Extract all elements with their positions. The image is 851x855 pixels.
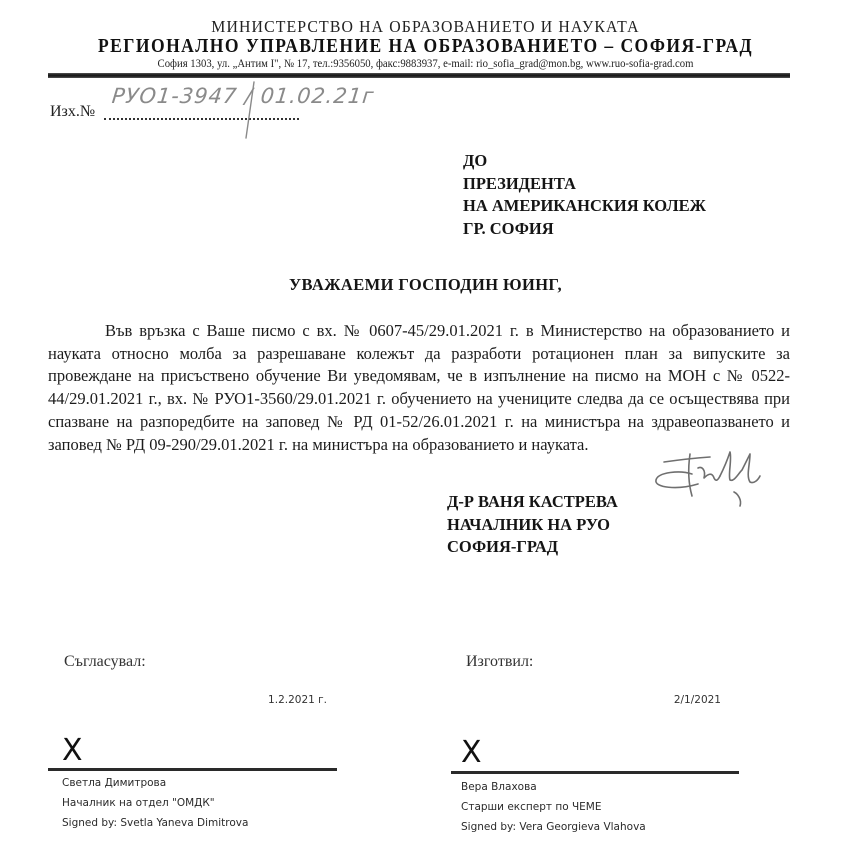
letterhead-address: София 1303, ул. „Антим I", № 17, тел.:93… [30,58,821,70]
handwritten-slash-stroke-icon [240,80,260,140]
agreed-signature-mark[interactable]: X [62,736,83,766]
agreed-signer-position: Началник на отдел "ОМДК" [62,793,248,813]
letterhead-regional-office: РЕГИОНАЛНО УПРАВЛЕНИЕ НА ОБРАЗОВАНИЕТО –… [43,36,809,58]
addressee-line: НА АМЕРИКАНСКИЯ КОЛЕЖ [463,195,706,218]
prepared-signed-by: Signed by: Vera Georgieva Vlahova [461,817,646,837]
agreed-signature-line [48,768,337,771]
greeting: УВАЖАЕМИ ГОСПОДИН ЮИНГ, [0,275,851,295]
agreed-date: 1.2.2021 г. [127,694,327,706]
addressee-line: ДО [463,150,706,173]
signer-position: НАЧАЛНИК НА РУО [447,514,618,537]
prepared-signer-info: Вера Влахова Старши експерт по ЧЕМЕ Sign… [461,777,646,837]
prepared-signer-name: Вера Влахова [461,777,646,797]
agreed-signed-by: Signed by: Svetla Yaneva Dimitrova [62,813,248,833]
prepared-date: 2/1/2021 [521,694,721,706]
letter-body: Във връзка с Ваше писмо с вх. № 0607-45/… [48,320,790,456]
agreed-label: Съгласувал: [64,653,146,671]
letterhead-ministry: МИНИСТЕРСТВО НА ОБРАЗОВАНИЕТО И НАУКАТА [30,17,821,37]
prepared-signature-mark[interactable]: X [461,738,482,768]
agreed-signer-info: Светла Димитрова Началник на отдел "ОМДК… [62,773,248,833]
letterhead-rule [48,73,790,78]
addressee-line: ПРЕЗИДЕНТА [463,173,706,196]
outgoing-number-label: Изх.№ [50,103,95,121]
agreed-signer-name: Светла Димитрова [62,773,248,793]
prepared-label: Изготвил: [466,653,533,671]
signer-name: Д-Р ВАНЯ КАСТРЕВА [447,491,618,514]
signer-block: Д-Р ВАНЯ КАСТРЕВА НАЧАЛНИК НА РУО СОФИЯ-… [447,491,618,559]
prepared-signer-position: Старши експерт по ЧЕМЕ [461,797,646,817]
outgoing-number-dotted-line [104,108,299,120]
addressee-block: ДО ПРЕЗИДЕНТА НА АМЕРИКАНСКИЯ КОЛЕЖ ГР. … [463,150,706,240]
signer-location: СОФИЯ-ГРАД [447,536,618,559]
handwritten-signature-icon [650,448,770,513]
addressee-line: ГР. СОФИЯ [463,218,706,241]
prepared-signature-line [451,771,739,774]
